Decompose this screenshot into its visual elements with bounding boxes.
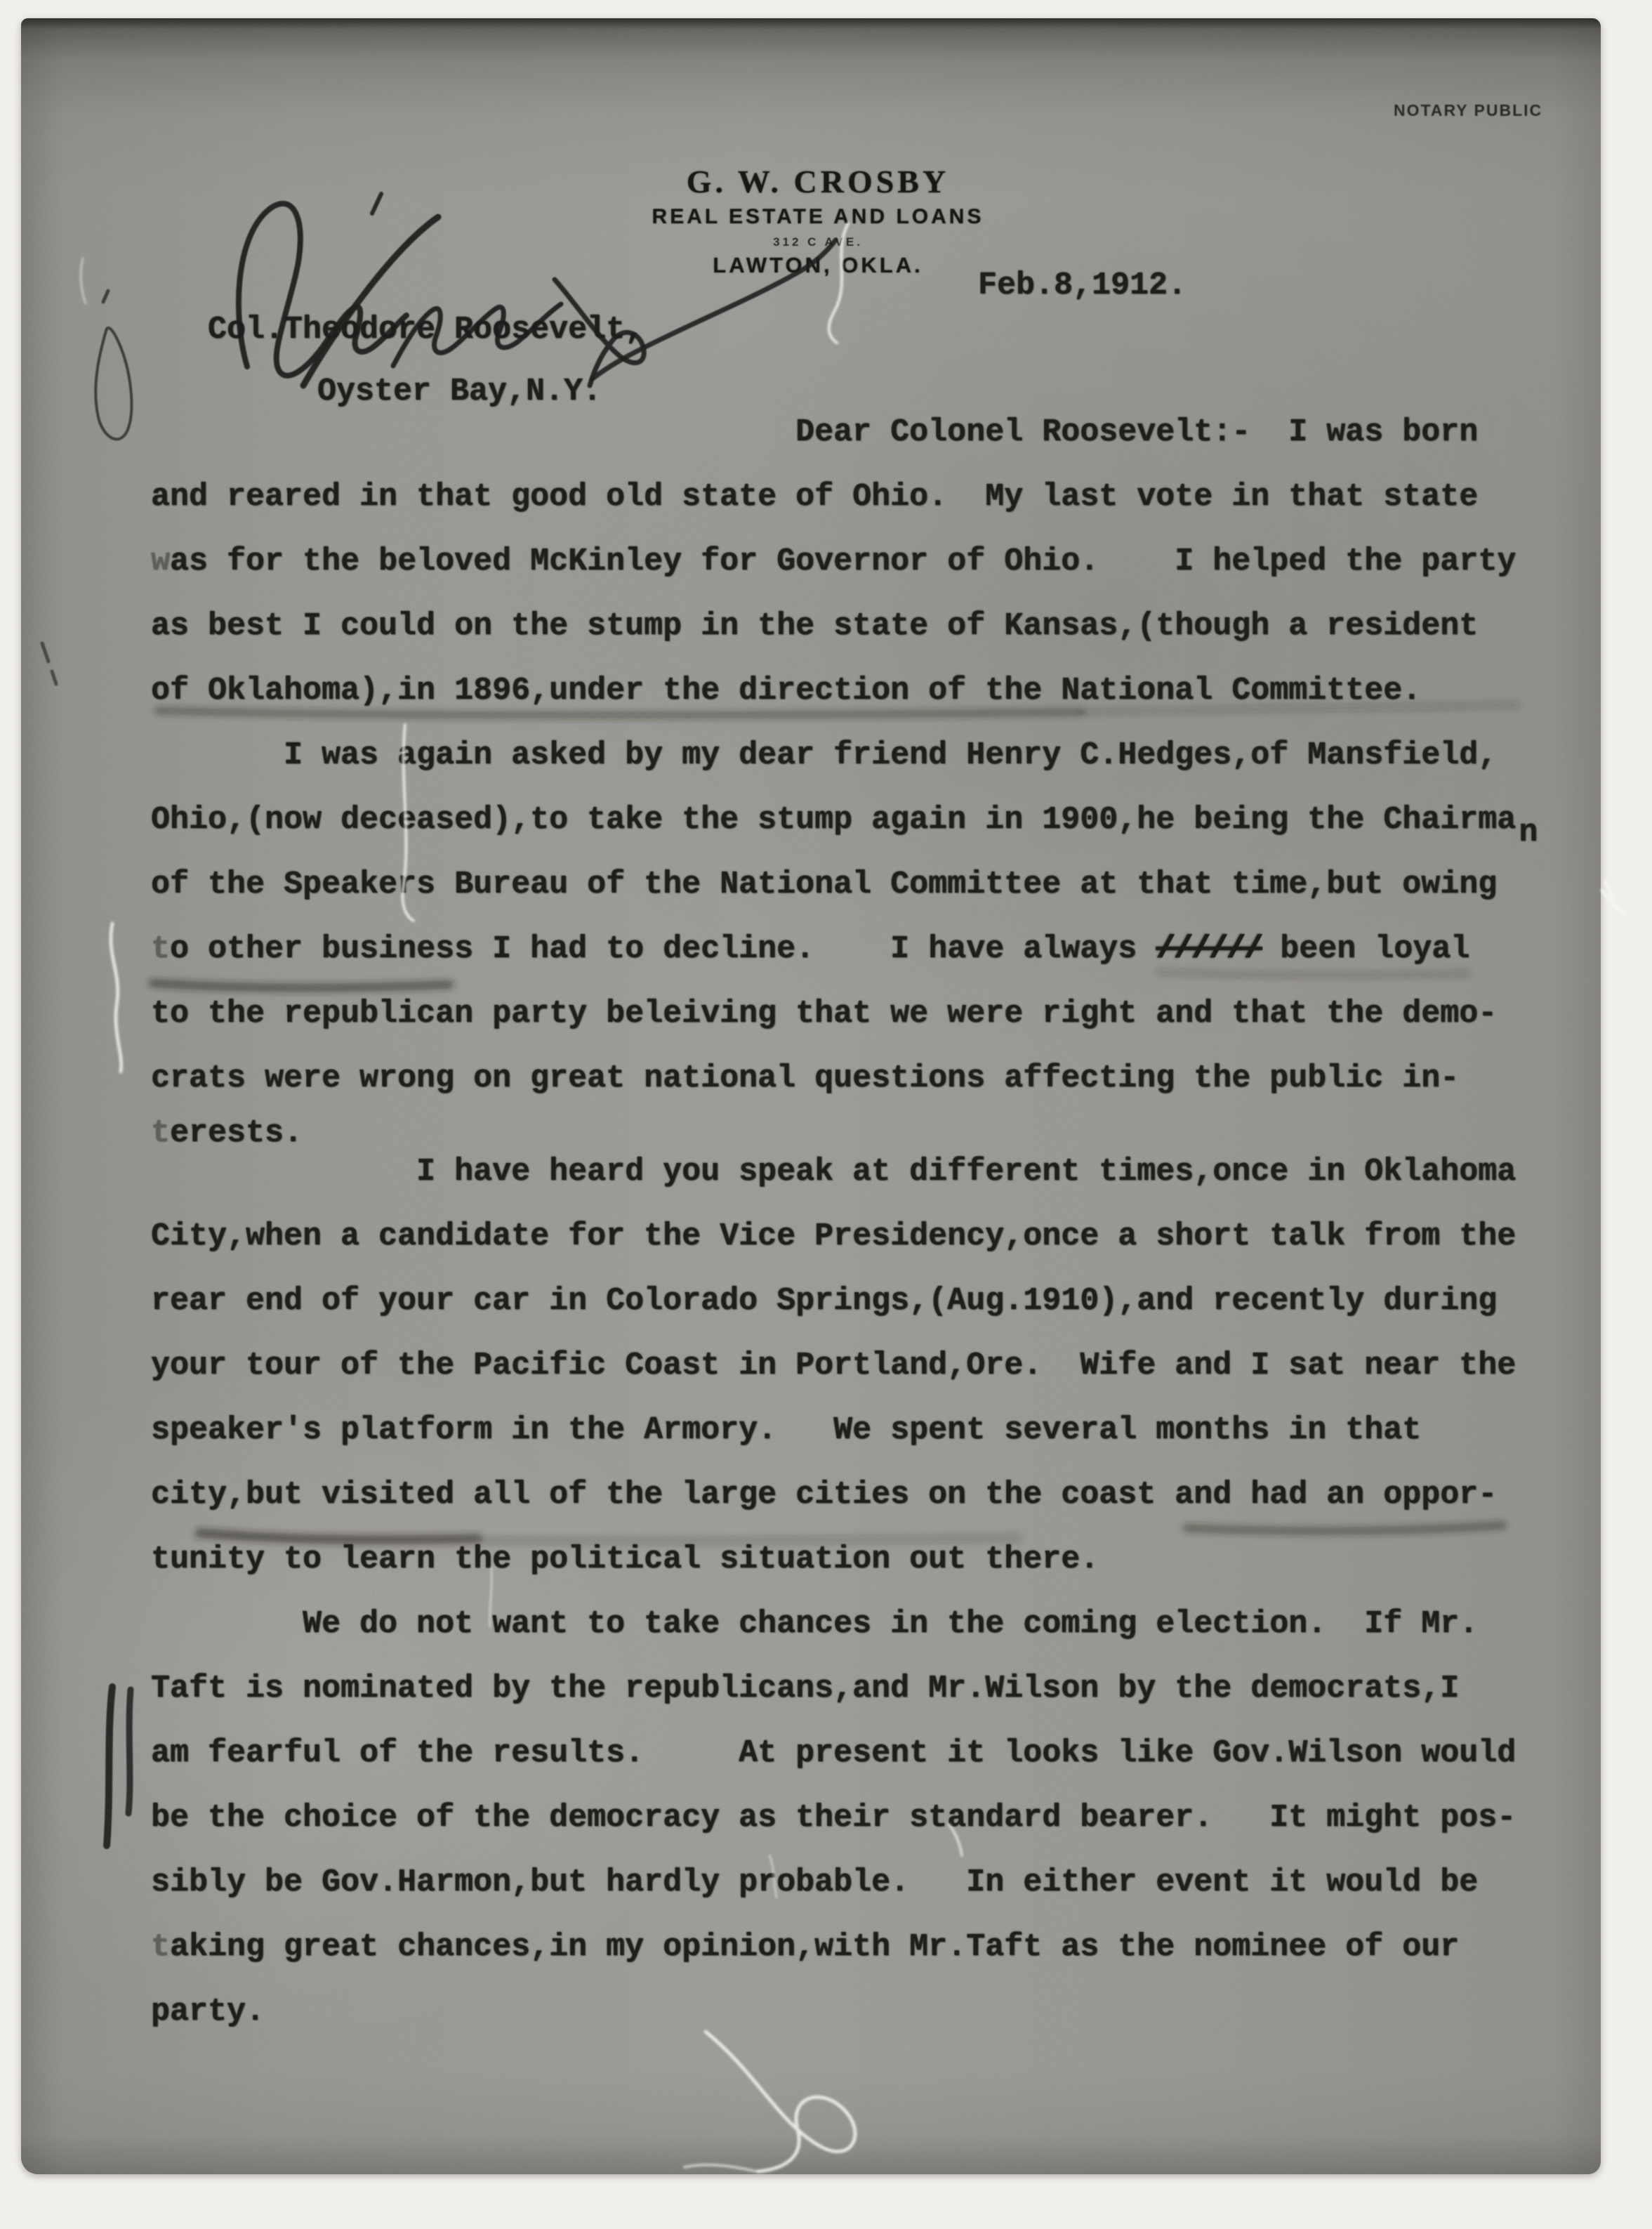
letterhead-business: REAL ESTATE AND LOANS bbox=[642, 205, 993, 229]
letter-line: sibly be Gov.Harmon,but hardly probable.… bbox=[151, 1850, 1562, 1915]
paper-torn-top-edge bbox=[21, 18, 1601, 29]
letter-line: City,when a candidate for the Vice Presi… bbox=[151, 1204, 1562, 1269]
notary-public-stamp: NOTARY PUBLIC bbox=[1394, 101, 1542, 120]
letter-line: was for the beloved McKinley for Governo… bbox=[151, 530, 1562, 594]
letter-line: and reared in that good old state of Ohi… bbox=[151, 465, 1562, 530]
letterhead-name: G. W. CROSBY bbox=[642, 163, 993, 200]
letterhead-street-address: 312 C AVE. bbox=[642, 235, 993, 249]
letter-body: Dear Colonel Roosevelt:- I was bornand r… bbox=[151, 400, 1562, 2044]
letter-date: Feb.8,1912. bbox=[978, 268, 1187, 303]
letter-line: as best I could on the stump in the stat… bbox=[151, 594, 1562, 659]
letter-line: of Oklahoma),in 1896,under the direction… bbox=[151, 659, 1562, 723]
letter-line: crats were wrong on great national quest… bbox=[151, 1046, 1562, 1111]
letterhead: G. W. CROSBY REAL ESTATE AND LOANS 312 C… bbox=[642, 163, 993, 278]
letter-line: taking great chances,in my opinion,with … bbox=[151, 1915, 1562, 1980]
letter-line: your tour of the Pacific Coast in Portla… bbox=[151, 1334, 1562, 1398]
letter-line: tunity to learn the political situation … bbox=[151, 1527, 1562, 1592]
letter-line: be the choice of the democracy as their … bbox=[151, 1786, 1562, 1850]
letter-line: city,but visited all of the large cities… bbox=[151, 1463, 1562, 1527]
letter-line: speaker's platform in the Armory. We spe… bbox=[151, 1398, 1562, 1463]
letter-line: Taft is nominated by the republicans,and… bbox=[151, 1657, 1562, 1721]
recipient-name: Col.Theodore Roosevelt, bbox=[208, 312, 644, 348]
letter-line: We do not want to take chances in the co… bbox=[151, 1592, 1562, 1657]
letter-line: to other business I had to decline. I ha… bbox=[151, 917, 1562, 982]
letter-line: I have heard you speak at different time… bbox=[151, 1140, 1562, 1204]
letter-line: party. bbox=[151, 1980, 1562, 2044]
letterhead-city: LAWTON, OKLA. bbox=[642, 253, 993, 278]
letter-line: of the Speakers Bureau of the National C… bbox=[151, 853, 1562, 917]
letter-line: I was again asked by my dear friend Henr… bbox=[151, 723, 1562, 788]
letter-line: am fearful of the results. At present it… bbox=[151, 1721, 1562, 1786]
scanned-letter-page: NOTARY PUBLIC G. W. CROSBY REAL ESTATE A… bbox=[0, 0, 1652, 2229]
letter-line: rear end of your car in Colorado Springs… bbox=[151, 1269, 1562, 1334]
letter-line: Ohio,(now deceased),to take the stump ag… bbox=[151, 788, 1562, 853]
letter-line: Dear Colonel Roosevelt:- I was born bbox=[151, 400, 1562, 465]
letter-line: to the republican party beleiving that w… bbox=[151, 982, 1562, 1046]
